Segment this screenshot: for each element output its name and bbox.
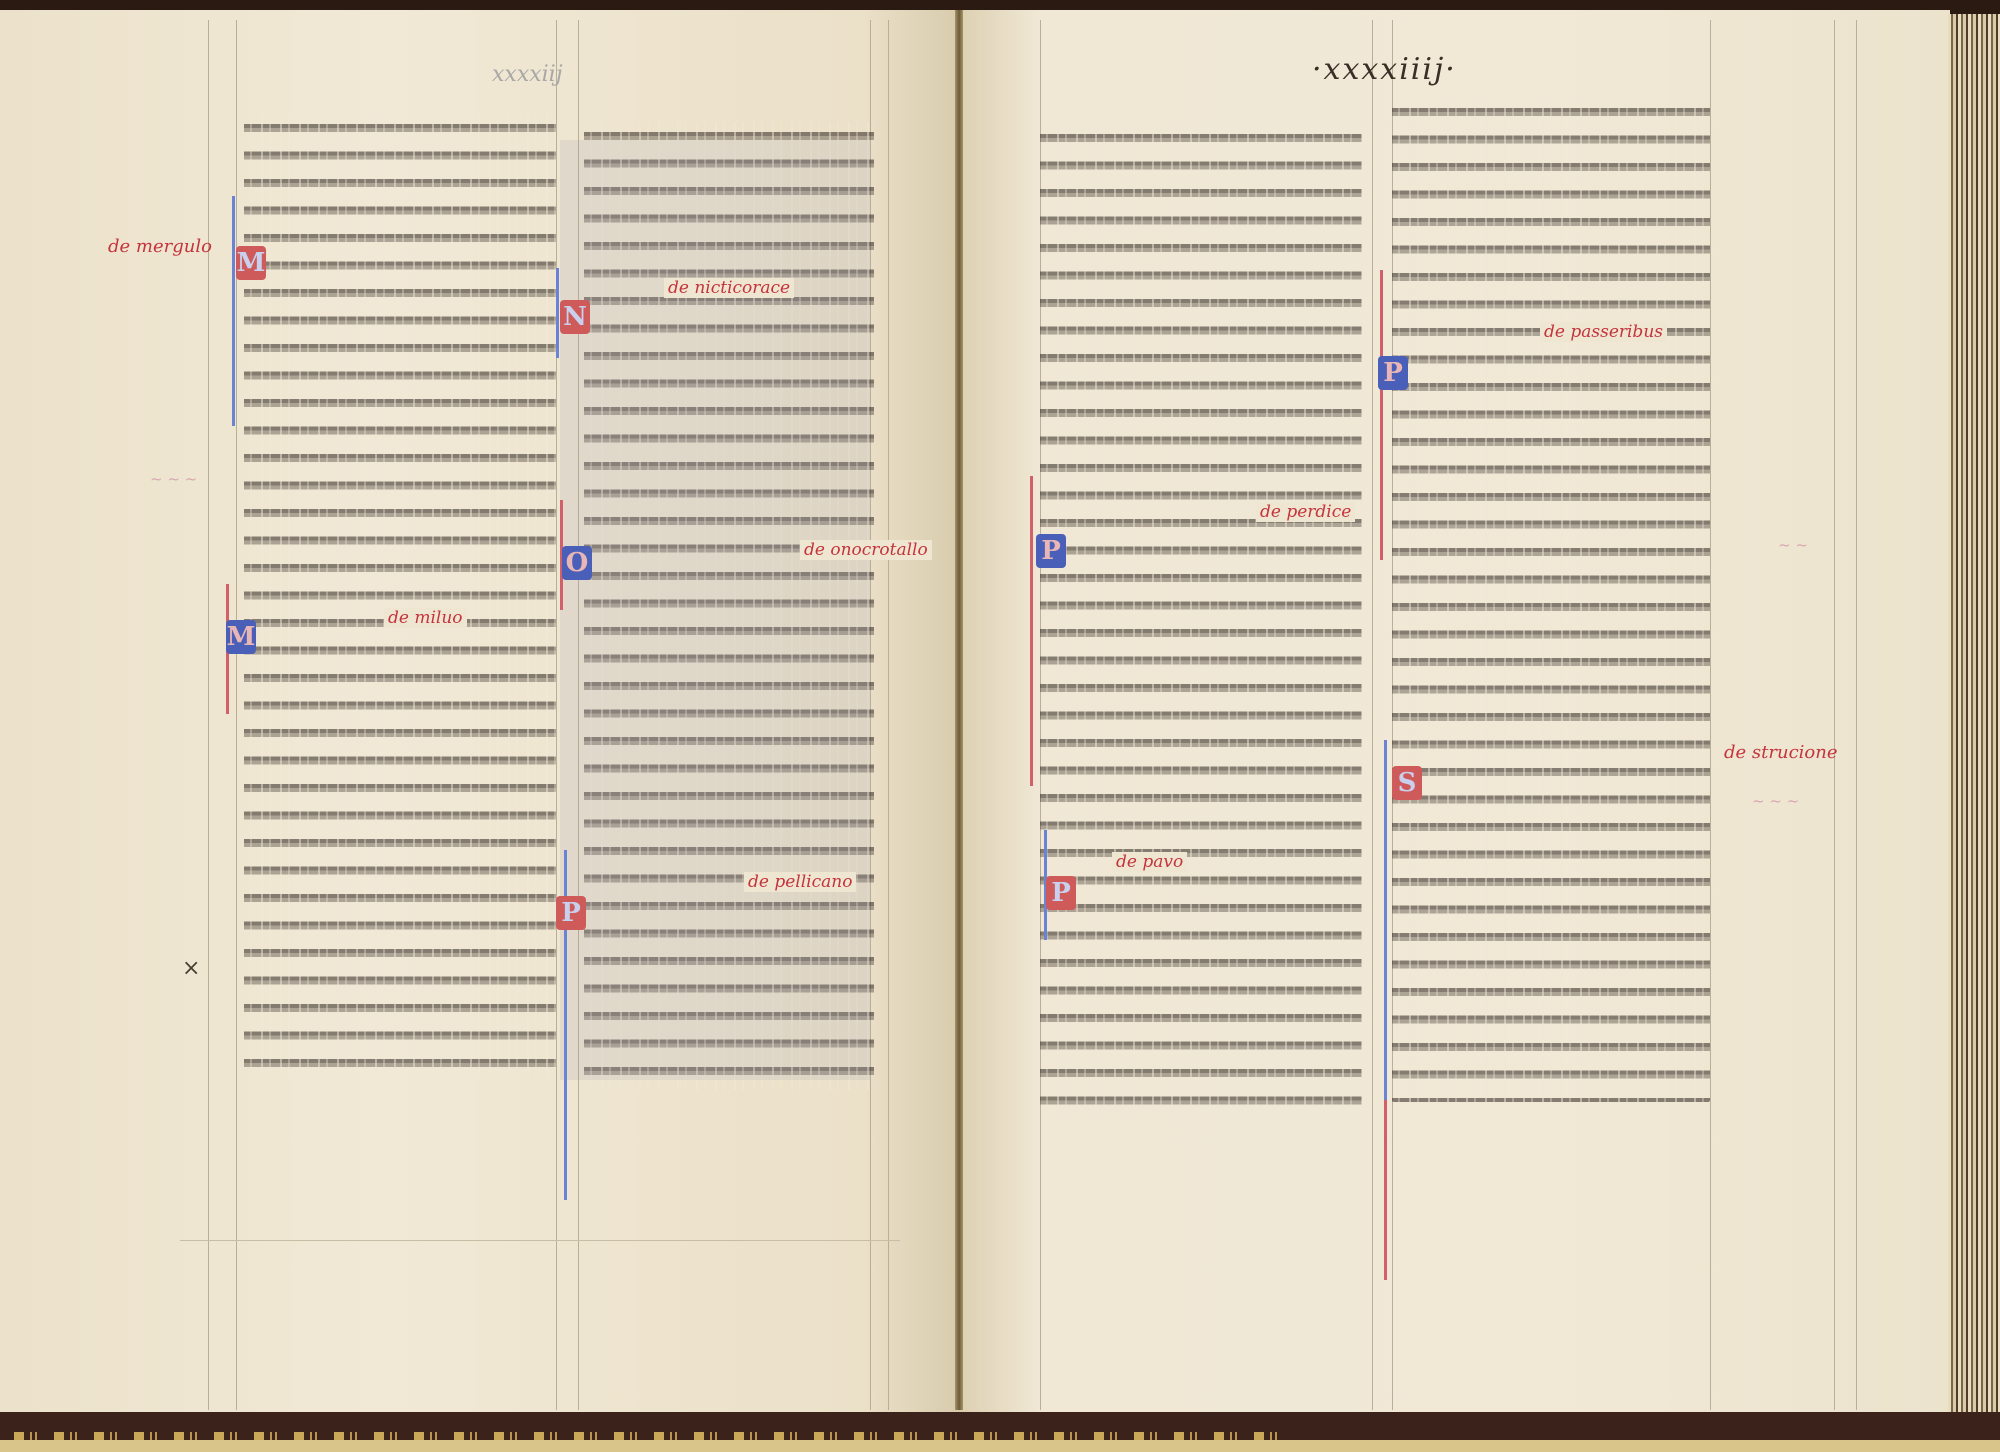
decorated-initial: S: [1392, 766, 1422, 800]
initial-flourish: [556, 268, 559, 358]
text-column-right-b: [1392, 98, 1710, 1102]
ruling-line: [1710, 20, 1711, 1410]
ruling-line: [208, 20, 209, 1410]
offset-annotation: ~ ~ ~: [1752, 792, 1799, 810]
margin-rubric-de-strucione: de strucione: [1724, 742, 1837, 763]
rubric-de-nicticorace: de nicticorace: [664, 278, 794, 298]
fore-edge-leaves: [1948, 14, 2000, 1414]
offset-annotation: ~ ~: [1778, 536, 1808, 554]
decorated-initial: P: [556, 896, 586, 930]
ruling-line: [180, 1240, 900, 1241]
decorated-initial: P: [1036, 534, 1066, 568]
offset-annotation: ~ ~ ~: [150, 470, 197, 488]
initial-flourish: [1030, 476, 1033, 786]
rubric-de-perdice: de perdice: [1256, 502, 1355, 522]
initial-flourish: [232, 196, 235, 426]
initial-flourish: [1384, 1100, 1387, 1280]
background-surface: [0, 1440, 2000, 1452]
rubric-de-passeribus: de passeribus: [1540, 322, 1667, 342]
decorated-initial: M: [226, 620, 256, 654]
folio-number: ·xxxxiiij·: [1312, 52, 1457, 87]
ruling-line: [1834, 20, 1835, 1410]
margin-mark: ×: [182, 956, 200, 981]
text-column-right-a: [1040, 124, 1362, 1124]
rubric-de-pellicano: de pellicano: [744, 872, 856, 892]
ghost-folio-number: xxxxiij: [492, 62, 563, 87]
ruling-line: [1372, 20, 1373, 1410]
book-gutter: [955, 10, 963, 1410]
rubric-de-onocrotallo: de onocrotallo: [800, 540, 932, 560]
initial-flourish: [1384, 740, 1387, 1100]
decorated-initial: P: [1046, 876, 1076, 910]
ruling-line: [888, 20, 889, 1410]
decorated-initial: M: [236, 246, 266, 280]
decorated-initial: O: [562, 546, 592, 580]
ruling-line: [556, 20, 557, 1410]
text-column-left-a: [244, 114, 556, 1076]
margin-rubric-de-mergulo: de mergulo: [108, 236, 212, 257]
ruling-line: [1856, 20, 1857, 1410]
ruling-line: [236, 20, 237, 1410]
rubric-de-miluo: de miluo: [384, 608, 467, 628]
rubric-de-pavo: de pavo: [1112, 852, 1187, 872]
initial-flourish: [1380, 270, 1383, 560]
decorated-initial: N: [560, 300, 590, 334]
decorated-initial: P: [1378, 356, 1408, 390]
